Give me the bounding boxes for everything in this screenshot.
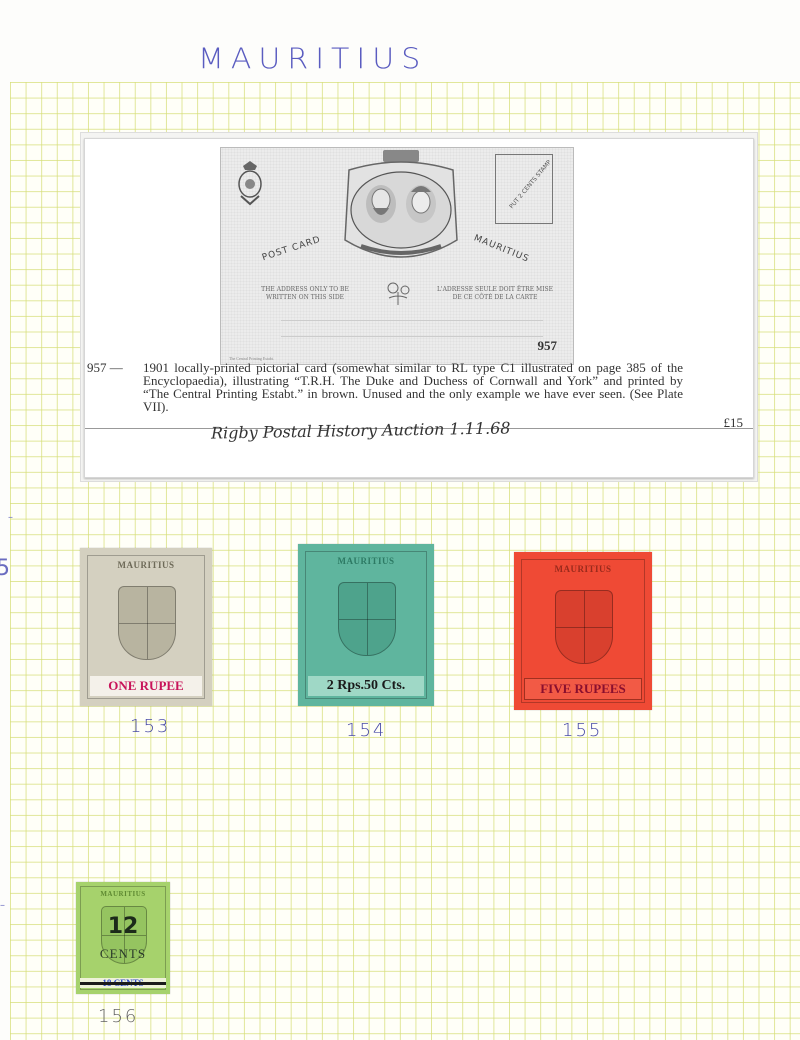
catalogue-number: 155: [562, 720, 602, 741]
margin-handwritten-mark: 5: [0, 556, 10, 581]
catalogue-number: 153: [130, 716, 170, 737]
surcharge-word: CENTS: [76, 946, 170, 962]
flower-ornament-icon: [381, 280, 415, 306]
coat-of-arms-icon: [118, 586, 176, 660]
stamp-value: 2 Rps.50 Cts.: [308, 676, 424, 696]
postcard-banner-left: POST CARD: [261, 235, 322, 263]
catalogue-number: 156: [98, 1006, 138, 1027]
address-line: [281, 336, 543, 337]
address-instruction-english: THE ADDRESS ONLY TO BE WRITTEN ON THIS S…: [245, 286, 365, 302]
page-title: MAURITIUS: [198, 43, 427, 76]
surcharge-number: 12: [76, 914, 170, 939]
lot-number: 957 —: [87, 361, 123, 374]
crest-icon: [235, 160, 265, 206]
stamp-one-rupee: MAURITIUS ONE RUPEE: [80, 548, 212, 706]
catalogue-number: 154: [346, 720, 386, 741]
margin-tick-mark: –: [0, 900, 5, 911]
stamp-box-text: PUT 2 CENTS STAMP: [508, 159, 553, 210]
margin-tick-mark: –: [8, 512, 13, 523]
stamp-value: ONE RUPEE: [90, 676, 202, 696]
postcard-lot-number: 957: [538, 338, 558, 354]
stamp-placement-box: PUT 2 CENTS STAMP: [495, 154, 553, 224]
lot-description: 1901 locally-printed pictorial card (som…: [143, 361, 683, 413]
royal-portraits-illustration: [331, 150, 471, 278]
stamp-country: MAURITIUS: [76, 890, 170, 898]
postcard-illustration: POST CARD MAURITIUS PUT 2 CENTS STAMP TH…: [220, 147, 574, 365]
coat-of-arms-icon: [555, 590, 613, 664]
stamp-country: MAURITIUS: [298, 556, 434, 566]
stamp-five-rupees: MAURITIUS FIVE RUPEES: [514, 552, 652, 710]
stamp-2rps-50cts: MAURITIUS 2 Rps.50 Cts.: [298, 544, 434, 706]
address-line: [281, 320, 543, 321]
auction-catalogue-clipping: POST CARD MAURITIUS PUT 2 CENTS STAMP TH…: [84, 138, 754, 478]
stamp-12-cents-surcharge: MAURITIUS 12 CENTS 18 CENTS: [76, 882, 170, 994]
stamp-country: MAURITIUS: [80, 560, 212, 570]
coat-of-arms-icon: [338, 582, 396, 656]
stamp-value: FIVE RUPEES: [524, 678, 642, 700]
postcard-banner-right: MAURITIUS: [472, 233, 530, 264]
obliterated-original-value: 18 CENTS: [80, 978, 166, 988]
handwritten-provenance-note: Rigby Postal History Auction 1.11.68: [211, 418, 511, 442]
stamp-country: MAURITIUS: [514, 564, 652, 574]
address-instruction-french: L'ADRESSE SEULE DOIT ÊTRE MISE DE CE CÔT…: [435, 286, 555, 302]
